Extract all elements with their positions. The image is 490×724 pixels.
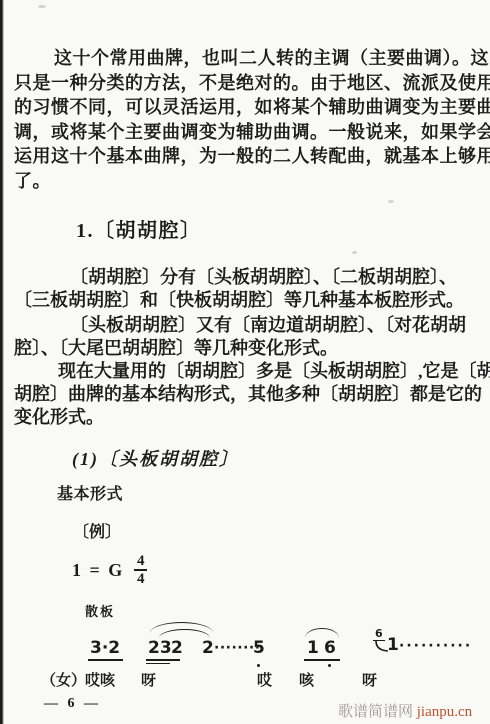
lyrics-row: （女） 哎咳 呀 哎 咳 呀 <box>0 669 490 691</box>
lyric-syllable: 哎 <box>257 669 272 690</box>
lyric-syllable: 呀 <box>362 669 377 690</box>
watermark: 歌谱简谱网 jianpu.cn <box>338 700 472 721</box>
beam-line-second <box>146 663 170 665</box>
beam-line <box>304 659 340 661</box>
note-final-1: 1 <box>387 637 399 654</box>
beam-line <box>88 659 123 661</box>
lyric-syllable: 咳 <box>299 669 314 690</box>
low-octave-dot <box>257 664 260 667</box>
note-group-2a: 23 <box>148 640 172 657</box>
page-number: — 6 — <box>44 696 101 712</box>
note-group-1: 3·2 <box>90 640 120 657</box>
duration-dots: ·········· <box>399 641 472 651</box>
watermark-site-name: 歌谱简谱网 <box>338 704 413 720</box>
beam-line <box>146 659 180 661</box>
low-octave-dot <box>328 664 331 667</box>
note-group-2b: 2 <box>171 640 183 657</box>
watermark-domain: jianpu.cn <box>417 704 472 720</box>
lyric-role-female: （女） <box>41 669 86 690</box>
note-low-5: 5 <box>253 640 265 657</box>
note-tie-1: 1 <box>307 640 319 657</box>
lyric-syllable: 哎咳 <box>85 669 115 690</box>
note-long-2: 2 <box>202 640 214 657</box>
music-notation: 3·2 23 2 2 ········ 5 1 6 6 1 ·········· <box>0 0 490 724</box>
lyric-syllable: 呀 <box>141 669 156 690</box>
note-tie-6: 6 <box>324 640 336 657</box>
scanned-book-page: 这十个常用曲牌，也叫二人转的主调（主要曲调）。这 只是一种分类的方法，不是绝对的… <box>0 0 490 724</box>
tie-arc <box>305 628 339 638</box>
grace-note-6: 6 <box>375 628 383 639</box>
